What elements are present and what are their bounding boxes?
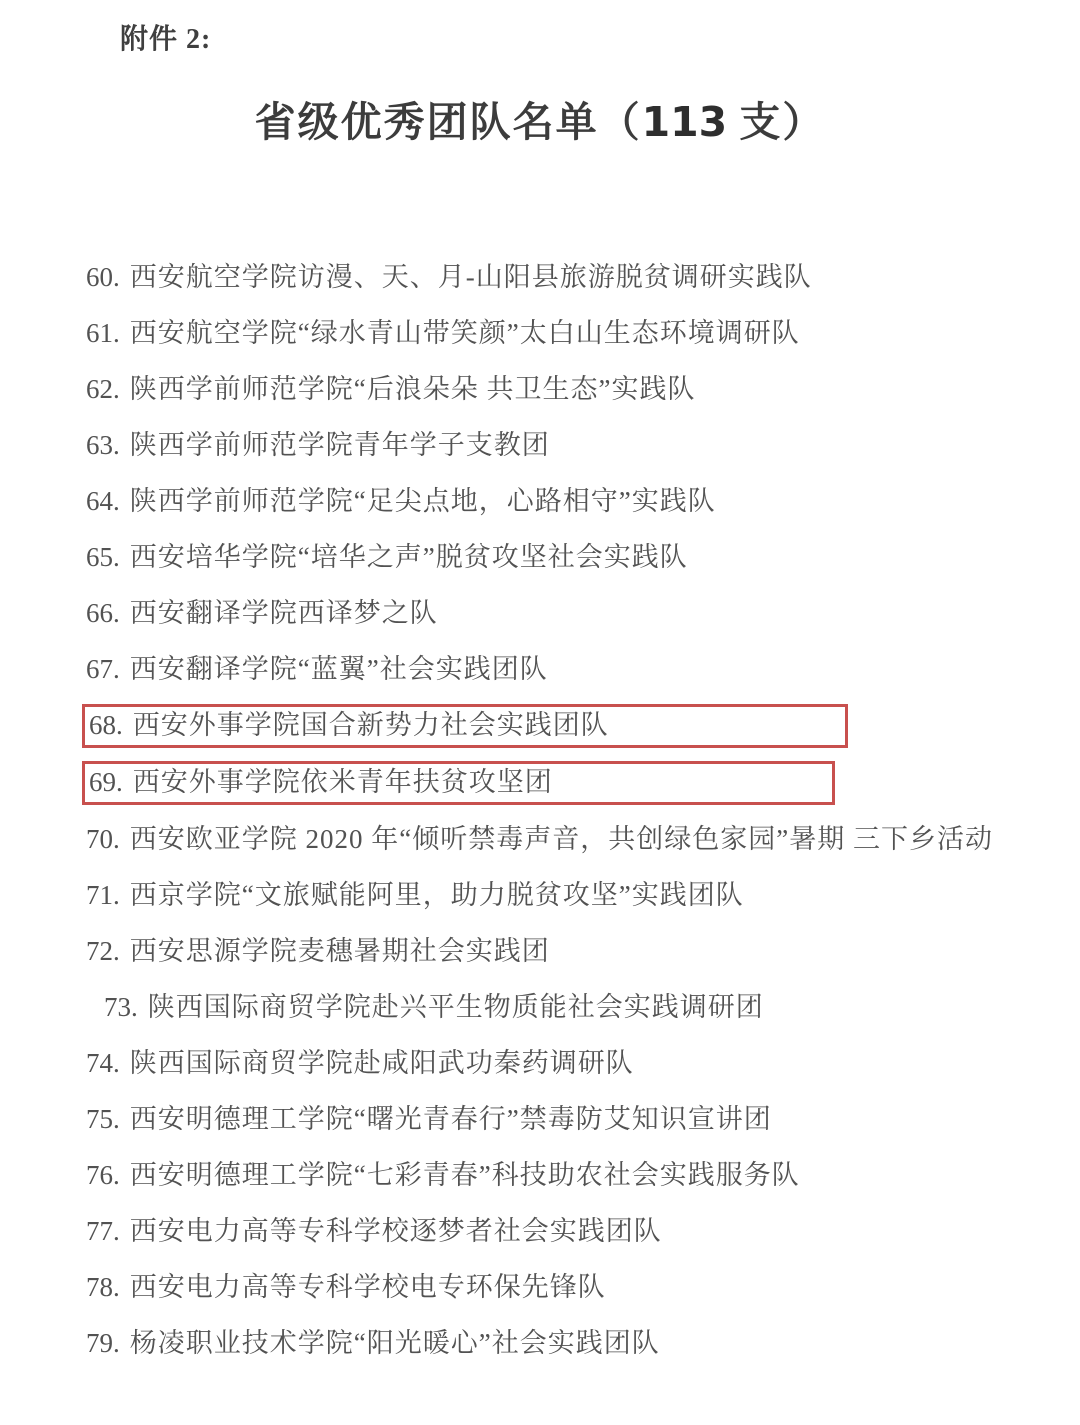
item-text: 西安航空学院访漫、天、月-山阳县旅游脱贫调研实践队 bbox=[130, 262, 812, 292]
item-text: 西安思源学院麦穗暑期社会实践团 bbox=[130, 936, 550, 966]
list-item: 60.西安航空学院访漫、天、月-山阳县旅游脱贫调研实践队 bbox=[86, 262, 1034, 293]
list-item: 61.西安航空学院“绿水青山带笑颜”太白山生态环境调研队 bbox=[86, 318, 1034, 349]
list-item: 79.杨凌职业技术学院“阳光暖心”社会实践团队 bbox=[86, 1328, 1034, 1359]
item-number: 75. bbox=[86, 1104, 120, 1134]
list-item: 76.西安明德理工学院“七彩青春”科技助农社会实践服务队 bbox=[86, 1160, 1034, 1191]
item-text: 西安翻译学院西译梦之队 bbox=[130, 598, 438, 628]
item-text: 西安明德理工学院“曙光青春行”禁毒防艾知识宣讲团 bbox=[130, 1104, 772, 1134]
item-number: 73. bbox=[104, 992, 138, 1022]
item-text: 西安电力高等专科学校逐梦者社会实践团队 bbox=[130, 1216, 662, 1246]
attachment-label: 附件 2: bbox=[120, 24, 1080, 56]
item-text: 西安翻译学院“蓝翼”社会实践团队 bbox=[130, 654, 548, 684]
item-number: 68. bbox=[89, 710, 123, 740]
item-number: 71. bbox=[86, 880, 120, 910]
item-number: 79. bbox=[86, 1328, 120, 1358]
item-text: 西京学院“文旅赋能阿里，助力脱贫攻坚”实践团队 bbox=[130, 880, 744, 910]
item-text: 杨凌职业技术学院“阳光暖心”社会实践团队 bbox=[130, 1328, 660, 1358]
item-number: 64. bbox=[86, 486, 120, 516]
item-number: 61. bbox=[86, 318, 120, 348]
item-number: 60. bbox=[86, 262, 120, 292]
item-number: 78. bbox=[86, 1272, 120, 1302]
item-number: 65. bbox=[86, 542, 120, 572]
item-text: 西安外事学院依米青年扶贫攻坚团 bbox=[133, 767, 553, 797]
item-text: 西安航空学院“绿水青山带笑颜”太白山生态环境调研队 bbox=[130, 318, 800, 348]
item-number: 67. bbox=[86, 654, 120, 684]
item-text: 陕西学前师范学院青年学子支教团 bbox=[130, 430, 550, 460]
document-page: 附件 2: 省级优秀团队名单（113 支） 60.西安航空学院访漫、天、月-山阳… bbox=[0, 0, 1080, 1359]
list-item: 74.陕西国际商贸学院赴咸阳武功秦药调研队 bbox=[86, 1048, 1034, 1079]
item-number: 70. bbox=[86, 824, 120, 854]
item-number: 63. bbox=[86, 430, 120, 460]
list-item: 70.西安欧亚学院 2020 年“倾听禁毒声音，共创绿色家园”暑期 三下乡活动 bbox=[86, 824, 1034, 855]
list-item: 77.西安电力高等专科学校逐梦者社会实践团队 bbox=[86, 1216, 1034, 1247]
list-item: 66.西安翻译学院西译梦之队 bbox=[86, 598, 1034, 629]
item-text: 西安明德理工学院“七彩青春”科技助农社会实践服务队 bbox=[130, 1160, 800, 1190]
item-text: 西安欧亚学院 2020 年“倾听禁毒声音，共创绿色家园”暑期 三下乡活动 bbox=[130, 824, 993, 854]
item-number: 76. bbox=[86, 1160, 120, 1190]
list-item: 78.西安电力高等专科学校电专环保先锋队 bbox=[86, 1272, 1034, 1303]
item-number: 72. bbox=[86, 936, 120, 966]
title-suffix: 支） bbox=[727, 99, 825, 145]
page-title: 省级优秀团队名单（113 支） bbox=[0, 98, 1080, 146]
list-item: 75.西安明德理工学院“曙光青春行”禁毒防艾知识宣讲团 bbox=[86, 1104, 1034, 1135]
item-text: 西安外事学院国合新势力社会实践团队 bbox=[133, 710, 609, 740]
item-text: 西安电力高等专科学校电专环保先锋队 bbox=[130, 1272, 606, 1302]
item-number: 62. bbox=[86, 374, 120, 404]
list-item: 67.西安翻译学院“蓝翼”社会实践团队 bbox=[86, 654, 1034, 685]
list-item: 64.陕西学前师范学院“足尖点地，心路相守”实践队 bbox=[86, 486, 1034, 517]
item-text: 陕西国际商贸学院赴兴平生物质能社会实践调研团 bbox=[148, 992, 764, 1022]
item-text: 陕西国际商贸学院赴咸阳武功秦药调研队 bbox=[130, 1048, 634, 1078]
item-text: 陕西学前师范学院“后浪朵朵 共卫生态”实践队 bbox=[130, 374, 696, 404]
list-item-highlighted: 68.西安外事学院国合新势力社会实践团队 bbox=[82, 704, 848, 748]
title-count: 113 bbox=[642, 98, 728, 146]
list-item: 72.西安思源学院麦穗暑期社会实践团 bbox=[86, 936, 1034, 967]
list-item: 62.陕西学前师范学院“后浪朵朵 共卫生态”实践队 bbox=[86, 374, 1034, 405]
list-item: 63.陕西学前师范学院青年学子支教团 bbox=[86, 430, 1034, 461]
team-list: 60.西安航空学院访漫、天、月-山阳县旅游脱贫调研实践队 61.西安航空学院“绿… bbox=[86, 262, 1034, 1359]
list-item-highlighted: 69.西安外事学院依米青年扶贫攻坚团 bbox=[82, 761, 835, 805]
item-text: 西安培华学院“培华之声”脱贫攻坚社会实践队 bbox=[130, 542, 688, 572]
title-prefix: 省级优秀团队名单（ bbox=[255, 99, 642, 145]
item-number: 74. bbox=[86, 1048, 120, 1078]
list-item: 73.陕西国际商贸学院赴兴平生物质能社会实践调研团 bbox=[104, 992, 1034, 1023]
item-number: 77. bbox=[86, 1216, 120, 1246]
item-number: 66. bbox=[86, 598, 120, 628]
list-item: 71.西京学院“文旅赋能阿里，助力脱贫攻坚”实践团队 bbox=[86, 880, 1034, 911]
item-text: 陕西学前师范学院“足尖点地，心路相守”实践队 bbox=[130, 486, 716, 516]
item-number: 69. bbox=[89, 767, 123, 797]
list-item: 65.西安培华学院“培华之声”脱贫攻坚社会实践队 bbox=[86, 542, 1034, 573]
